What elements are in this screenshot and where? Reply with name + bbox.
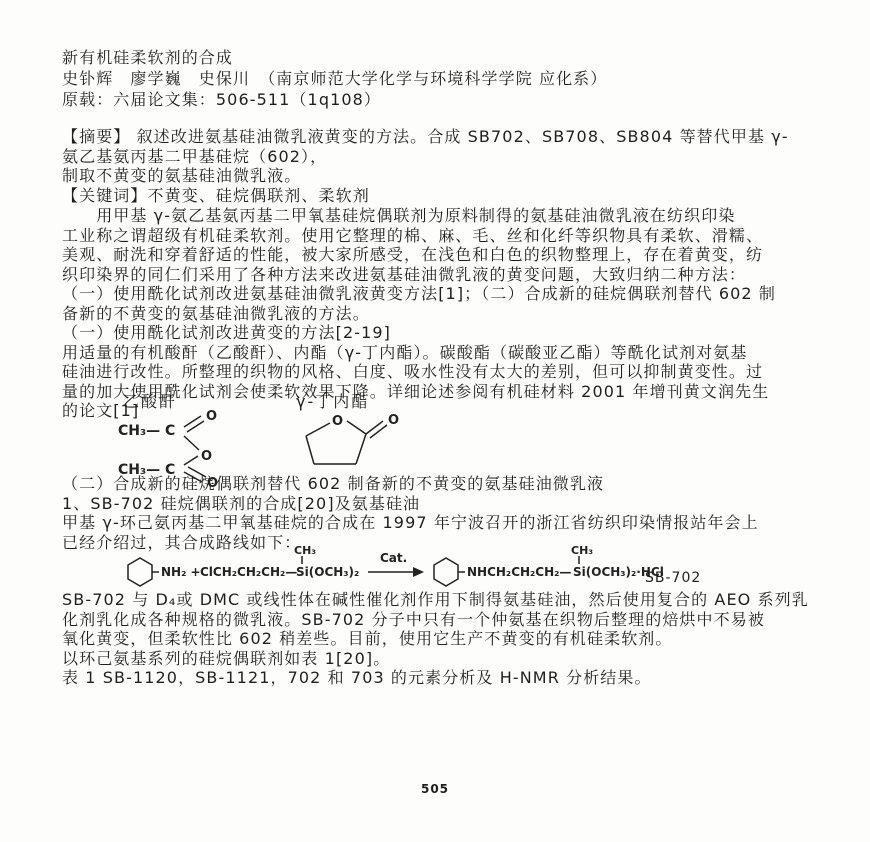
- abstract-line: 制取不黄变的氨基硅油微乳液。: [62, 166, 818, 186]
- oxygen-mid: O: [201, 449, 212, 464]
- body2-block: SB-702 与 D₄或 DMC 或线性体在碱性催化剂作用下制得氨基硅油，然后使…: [62, 590, 818, 688]
- section-heading: （二）合成新的硅烷偶联剂替代 602 制备新的不黄变的氨基硅油微乳液: [62, 474, 818, 494]
- silane-group: Si(OCH₃)₂: [296, 565, 359, 579]
- arrow-head: [413, 567, 424, 577]
- authors-line: 史钋辉 廖学巍 史保川 （南京师范大学化学与环境科学学院 应化系）: [62, 68, 818, 89]
- oxygen-top: O: [206, 409, 217, 424]
- cyclohexyl-ring-reactant: [128, 558, 152, 586]
- abstract-line: 【摘要】 叙述改进氨基硅油微乳液黄变的方法。合成 SB702、SB708、SB8…: [62, 127, 818, 147]
- body-line: 硅油进行改性。所整理的织物的风格、白度、吸水性没有太大的差别，但可以抑制黄变性。…: [62, 362, 818, 382]
- source-line: 原载：六届论文集：506-511（1q108）: [62, 89, 818, 110]
- header-block: 新有机硅柔软剂的合成 史钋辉 廖学巍 史保川 （南京师范大学化学与环境科学学院 …: [62, 47, 818, 110]
- body-line: （一）使用酰化试剂改进氨基硅油微乳液黄变方法[1]；（二）合成新的硅烷偶联剂替代…: [62, 284, 818, 304]
- body-line: 用甲基 γ-氨乙基氨丙基二甲氧基硅烷偶联剂为原料制得的氨基硅油微乳液在纺织印染: [62, 206, 818, 226]
- methyl-group: CH₃: [294, 544, 316, 557]
- body-line: 氧化黄变，但柔软性比 602 稍差些。目前，使用它生产不黄变的有机硅柔软剂。: [62, 629, 818, 649]
- body-line: 用适量的有机酸酐（乙酸酐）、内酯（γ-丁内酯）。碳酸酯（碳酸亚乙酯）等酰化试剂对…: [62, 343, 818, 363]
- butyrolactone-structure: O O: [292, 408, 412, 472]
- body-line: 织印染界的同仁们采用了各种方法来改进氨基硅油微乳液的黄变问题，大致归纳二种方法：: [62, 265, 818, 285]
- body-line: 美观、耐洗和穿着舒适的性能，被大家所感受，在浅色和白色的织物整理上，存在着黄变，…: [62, 245, 818, 265]
- section2-block: （二）合成新的硅烷偶联剂替代 602 制备新的不黄变的氨基硅油微乳液 1、SB-…: [62, 474, 818, 552]
- body-line: 以环己氨基系列的硅烷偶联剂如表 1[20]。: [62, 649, 818, 669]
- cyclohexyl-ring-product: [434, 558, 458, 586]
- abstract-line: 氨乙基氨丙基二甲基硅烷（602），: [62, 147, 818, 167]
- page-number: 505: [0, 782, 870, 796]
- chloropropyl-chain: ClCH₂CH₂CH₂—: [200, 565, 297, 579]
- amine-group: NH₂ +: [161, 565, 201, 579]
- keywords-line: 【关键词】不黄变、硅烷偶联剂、柔软剂: [62, 186, 818, 206]
- ring-oxygen: O: [332, 414, 343, 429]
- sb702-label: SB-702: [645, 570, 701, 586]
- body-line: SB-702 与 D₄或 DMC 或线性体在碱性催化剂作用下制得氨基硅油，然后使…: [62, 590, 818, 610]
- body-line: 甲基 γ-环己氨丙基二甲氧基硅烷的合成在 1997 年宁波召开的浙江省纺织印染情…: [62, 513, 818, 533]
- sb702-reaction-scheme: NH₂ + ClCH₂CH₂CH₂— Si(OCH₃)₂ CH₃ Cat. NH…: [118, 543, 673, 593]
- product-methyl-group: CH₃: [571, 544, 593, 557]
- subsection-heading: 1、SB-702 硅烷偶联剂的合成[20]及氨基硅油: [62, 494, 818, 514]
- body-line: 备新的不黄变的氨基硅油微乳液的方法。: [62, 304, 818, 324]
- table-caption: 表 1 SB-1120，SB-1121，702 和 703 的元素分析及 H-N…: [62, 668, 818, 688]
- catalyst-label: Cat.: [380, 551, 407, 565]
- body-line: 化剂乳化成各种规格的微乳液。SB-702 分子中只有一个仲氨基在织物后整理的焙烘…: [62, 610, 818, 630]
- carbonyl-oxygen: O: [388, 413, 399, 428]
- paper-title: 新有机硅柔软剂的合成: [62, 47, 818, 68]
- product-amine-chain: NHCH₂CH₂CH₂—: [467, 565, 571, 579]
- ch3-c-top: CH₃— C: [118, 423, 175, 439]
- body-line: 工业称之谓超级有机硅柔软剂。使用它整理的棉、麻、毛、丝和化纤等织物具有柔软、滑糯…: [62, 226, 818, 246]
- section-heading: （一）使用酰化试剂改进黄变的方法[2-19]: [62, 323, 818, 343]
- abstract-block: 【摘要】 叙述改进氨基硅油微乳液黄变的方法。合成 SB702、SB708、SB8…: [62, 127, 818, 205]
- scanned-paper-page: 新有机硅柔软剂的合成 史钋辉 廖学巍 史保川 （南京师范大学化学与环境科学学院 …: [0, 0, 870, 842]
